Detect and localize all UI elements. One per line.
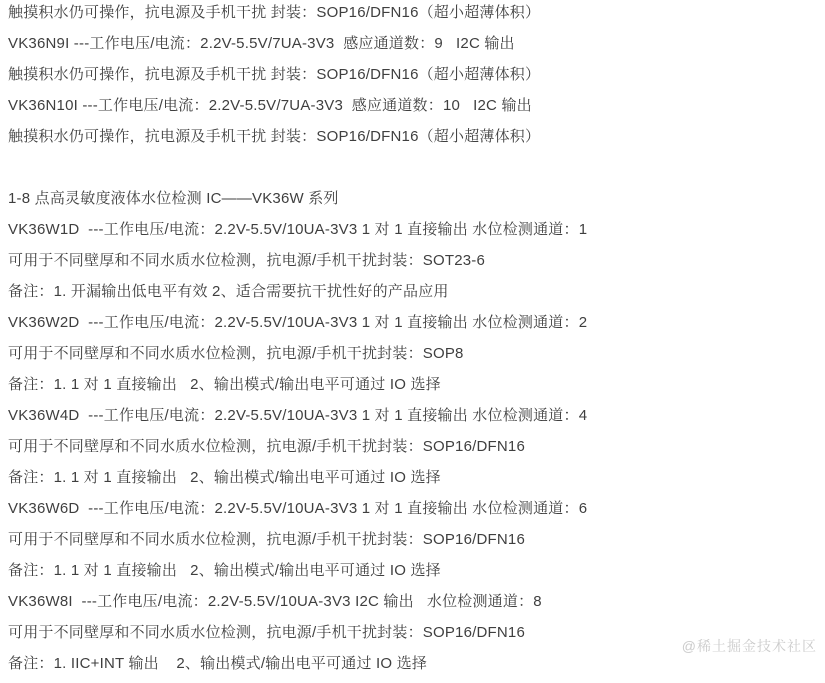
product-spec-line: VK36W1D ---工作电压/电流：2.2V-5.5V/10UA-3V3 1 … bbox=[8, 214, 818, 245]
feature-line: 触摸积水仍可操作，抗电源及手机干扰 封装：SOP16/DFN16（超小超薄体积） bbox=[8, 59, 818, 90]
feature-line: 可用于不同壁厚和不同水质水位检测，抗电源/手机干扰封装：SOP16/DFN16 bbox=[8, 431, 818, 462]
document-body: 触摸积水仍可操作，抗电源及手机干扰 封装：SOP16/DFN16（超小超薄体积）… bbox=[8, 0, 818, 679]
note-line: 备注：1. 1 对 1 直接输出 2、输出模式/输出电平可通过 IO 选择 bbox=[8, 555, 818, 586]
product-spec-line: VK36W2D ---工作电压/电流：2.2V-5.5V/10UA-3V3 1 … bbox=[8, 307, 818, 338]
product-spec-line: VK36W4D ---工作电压/电流：2.2V-5.5V/10UA-3V3 1 … bbox=[8, 400, 818, 431]
note-line: 备注：1. 开漏输出低电平有效 2、适合需要抗干扰性好的产品应用 bbox=[8, 276, 818, 307]
product-spec-line: VK36W6D ---工作电压/电流：2.2V-5.5V/10UA-3V3 1 … bbox=[8, 493, 818, 524]
section-heading: 1-8 点高灵敏度液体水位检测 IC——VK36W 系列 bbox=[8, 183, 818, 214]
note-line: 备注：1. 1 对 1 直接输出 2、输出模式/输出电平可通过 IO 选择 bbox=[8, 369, 818, 400]
feature-line: 触摸积水仍可操作，抗电源及手机干扰 封装：SOP16/DFN16（超小超薄体积） bbox=[8, 0, 818, 28]
feature-line: 可用于不同壁厚和不同水质水位检测，抗电源/手机干扰封装：SOP8 bbox=[8, 338, 818, 369]
product-spec-line: VK36N9I ---工作电压/电流：2.2V-5.5V/7UA-3V3 感应通… bbox=[8, 28, 818, 59]
watermark: @稀土掘金技术社区 bbox=[682, 636, 817, 656]
note-line: 备注：1. 1 对 1 直接输出 2、输出模式/输出电平可通过 IO 选择 bbox=[8, 462, 818, 493]
feature-line: 可用于不同壁厚和不同水质水位检测，抗电源/手机干扰封装：SOP16/DFN16 bbox=[8, 524, 818, 555]
product-spec-line: VK36N10I ---工作电压/电流：2.2V-5.5V/7UA-3V3 感应… bbox=[8, 90, 818, 121]
feature-line: 触摸积水仍可操作，抗电源及手机干扰 封装：SOP16/DFN16（超小超薄体积） bbox=[8, 121, 818, 152]
product-spec-line: VK36W8I ---工作电压/电流：2.2V-5.5V/10UA-3V3 I2… bbox=[8, 586, 818, 617]
feature-line: 可用于不同壁厚和不同水质水位检测，抗电源/手机干扰封装：SOT23-6 bbox=[8, 245, 818, 276]
